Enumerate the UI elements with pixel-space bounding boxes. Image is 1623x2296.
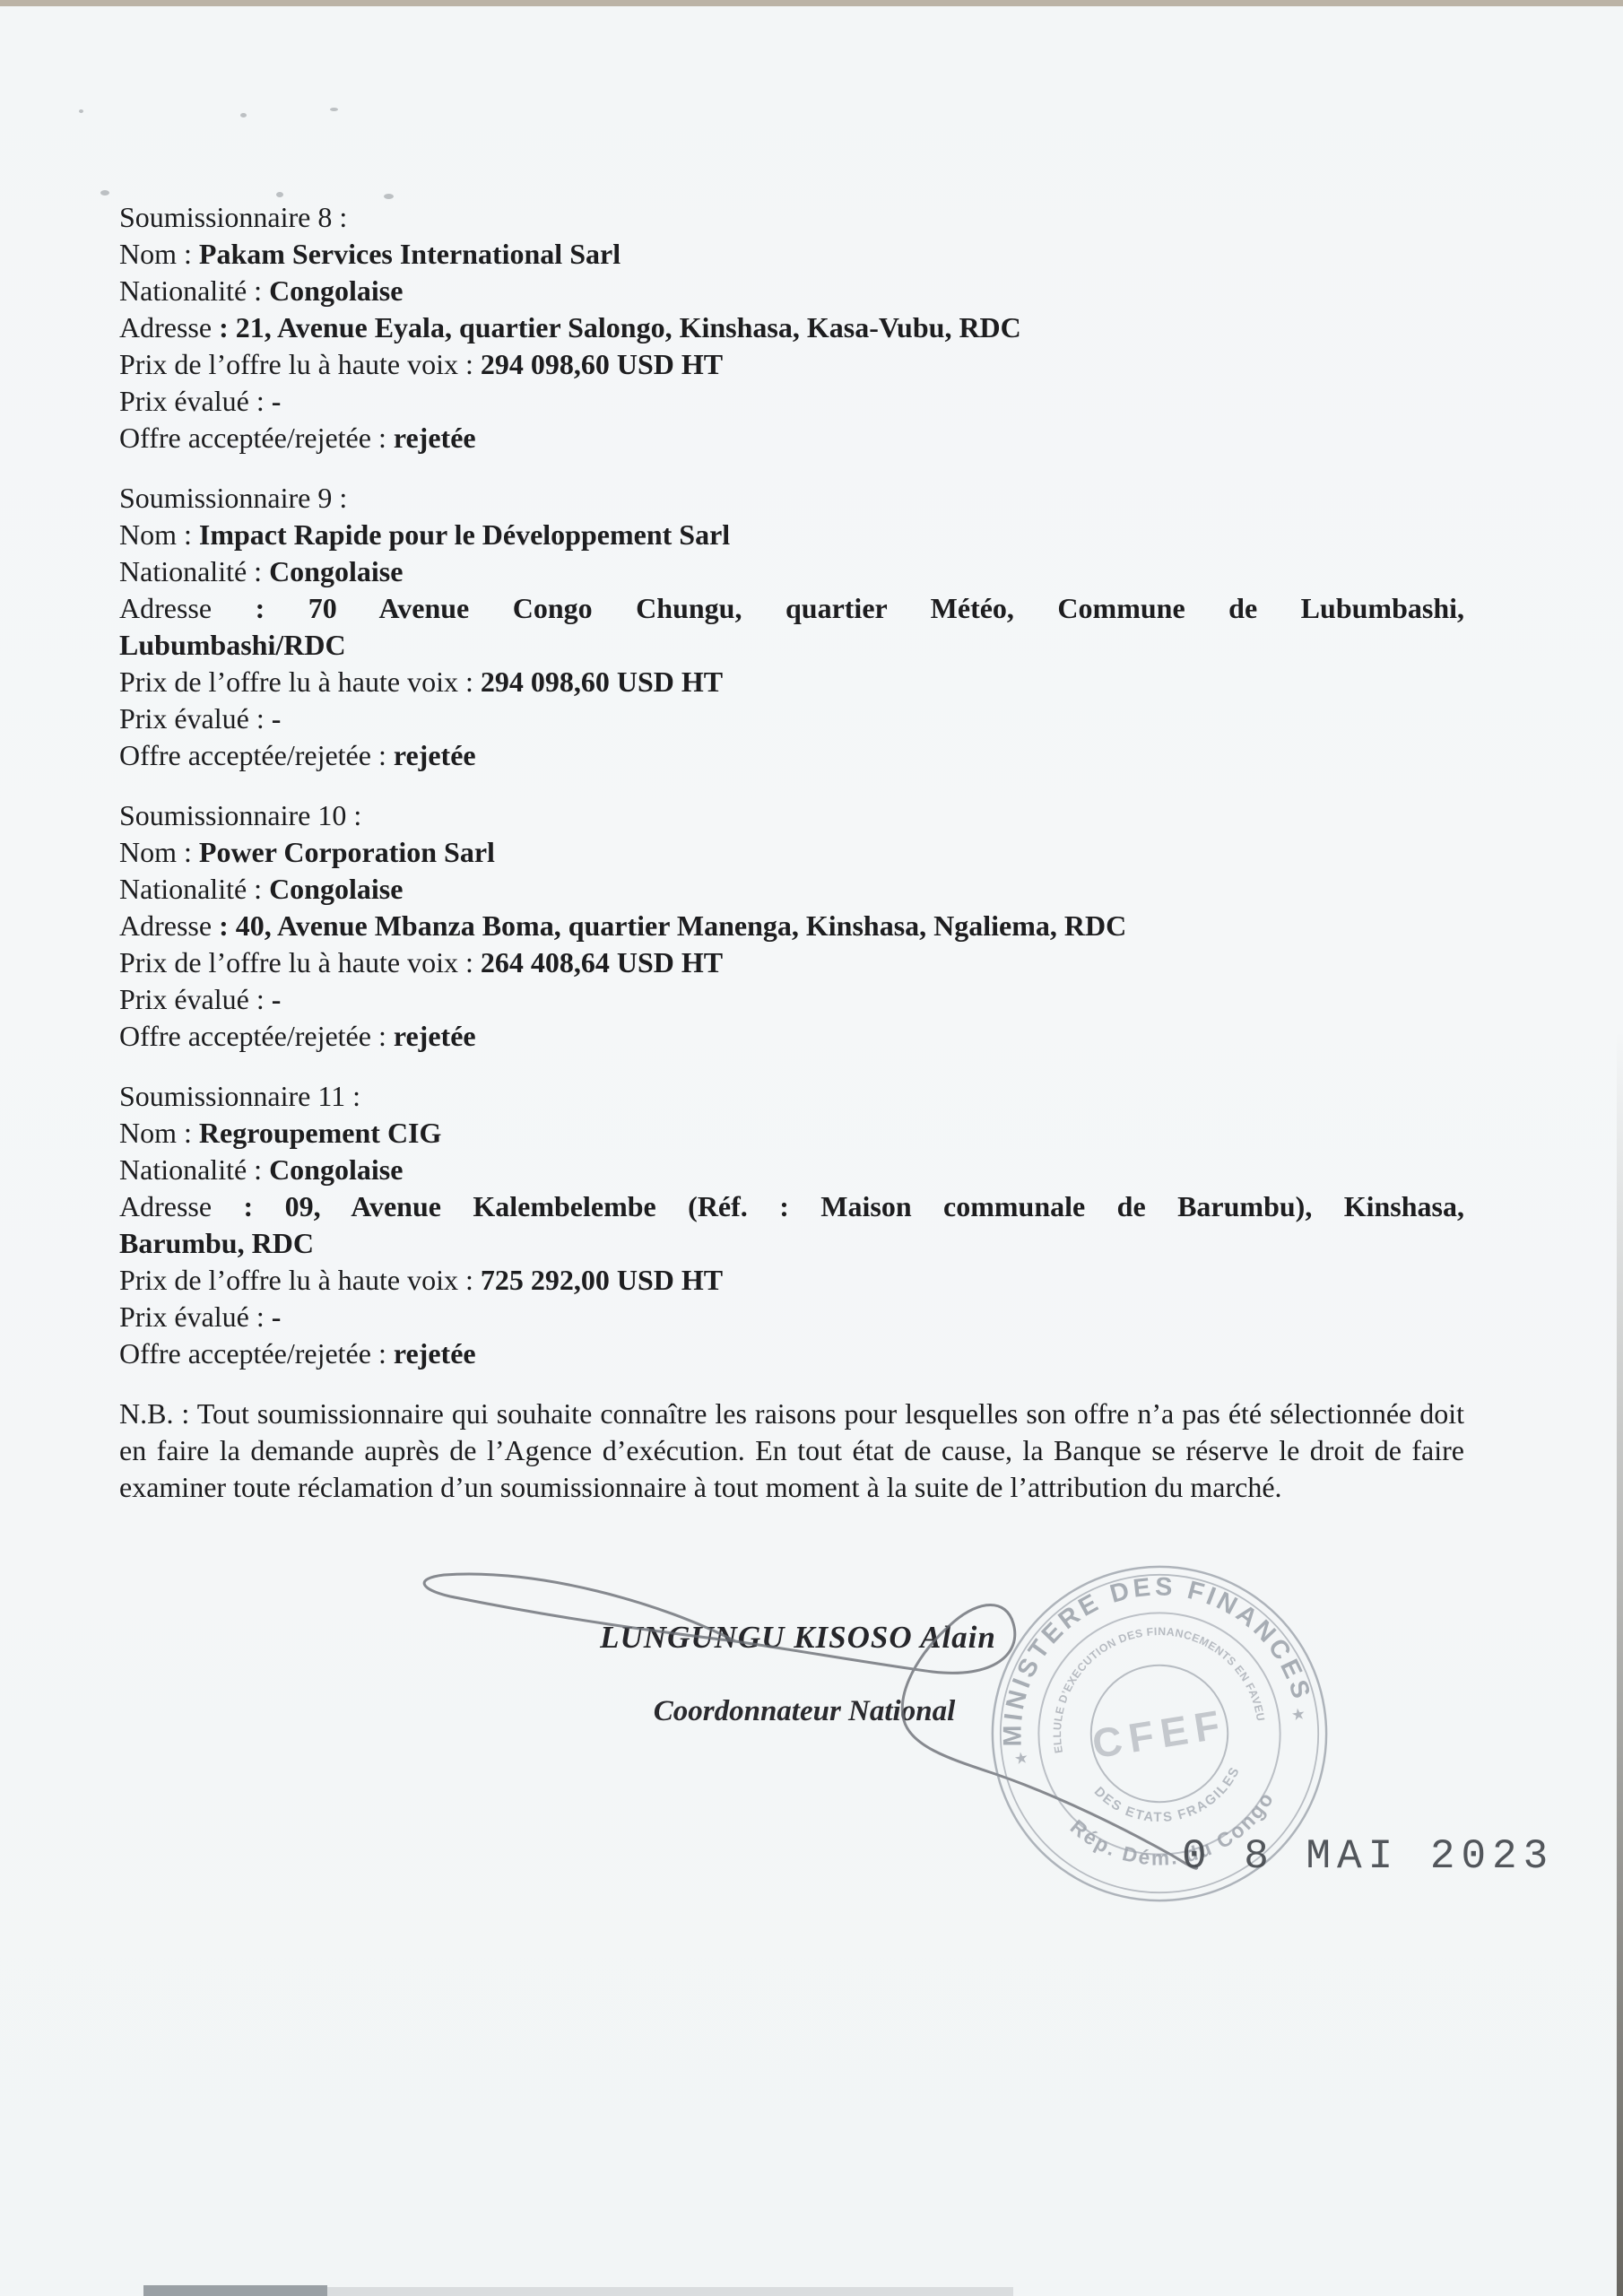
field-label: Offre acceptée/rejetée : — [119, 739, 394, 771]
scanned-document-page: Soumissionnaire 8 :Nom : Pakam Services … — [0, 0, 1623, 2296]
scanner-edge-right — [1617, 1031, 1623, 2296]
scanner-edge-top — [0, 0, 1623, 6]
field-value: 294 098,60 USD HT — [481, 665, 723, 698]
field-label: Prix de l’offre lu à haute voix : — [119, 946, 481, 978]
price-read-line: Prix de l’offre lu à haute voix : 294 09… — [119, 346, 1464, 383]
address-line: Adresse : 70 Avenue Congo Chungu, quarti… — [119, 590, 1464, 627]
field-value: rejetée — [394, 1020, 476, 1052]
field-value: Impact Rapide pour le Développement Sarl — [199, 518, 730, 551]
address-line: Adresse : 09, Avenue Kalembelembe (Réf. … — [119, 1188, 1464, 1225]
field-value: Barumbu, RDC — [119, 1227, 314, 1259]
field-value: 294 098,60 USD HT — [481, 348, 723, 380]
scan-speck — [79, 109, 83, 113]
field-label: Offre acceptée/rejetée : — [119, 422, 394, 454]
field-value: rejetée — [394, 422, 476, 454]
nationality-line: Nationalité : Congolaise — [119, 871, 1464, 908]
field-label: Adresse — [119, 1190, 244, 1222]
stamp-star-left: ★ — [1013, 1748, 1030, 1768]
field-value: Power Corporation Sarl — [199, 836, 495, 868]
field-label: Soumissionnaire 10 : — [119, 799, 361, 831]
stamp-star-right: ★ — [1289, 1704, 1306, 1724]
field-label: Offre acceptée/rejetée : — [119, 1020, 394, 1052]
field-label: Nationalité : — [119, 1153, 269, 1186]
nationality-line: Nationalité : Congolaise — [119, 273, 1464, 309]
field-label: Nom : — [119, 518, 199, 551]
field-label: Soumissionnaire 9 : — [119, 482, 347, 514]
field-label: Prix évalué : — [119, 983, 272, 1015]
bidder-sections: Soumissionnaire 8 :Nom : Pakam Services … — [119, 199, 1464, 1372]
field-value: Congolaise — [269, 873, 403, 905]
field-value: Lubumbashi/RDC — [119, 629, 346, 661]
scan-speck — [240, 113, 247, 117]
offer-status-line: Offre acceptée/rejetée : rejetée — [119, 737, 1464, 774]
nationality-line: Nationalité : Congolaise — [119, 553, 1464, 590]
name-line: Nom : Pakam Services International Sarl — [119, 236, 1464, 273]
section-heading: Soumissionnaire 9 : — [119, 480, 1464, 517]
bidder-section: Soumissionnaire 9 :Nom : Impact Rapide p… — [119, 480, 1464, 774]
field-value: - — [272, 1300, 282, 1333]
field-label: Adresse — [119, 311, 219, 344]
scan-speck — [100, 190, 109, 196]
scanner-edge-bottom-light — [327, 2287, 1013, 2296]
field-label: Nom : — [119, 1117, 199, 1149]
field-label: Prix de l’offre lu à haute voix : — [119, 1264, 481, 1296]
address-line: Adresse : 21, Avenue Eyala, quartier Sal… — [119, 309, 1464, 346]
field-value: 725 292,00 USD HT — [481, 1264, 723, 1296]
field-value: 264 408,64 USD HT — [481, 946, 723, 978]
field-label: Prix de l’offre lu à haute voix : — [119, 348, 481, 380]
offer-status-line: Offre acceptée/rejetée : rejetée — [119, 1018, 1464, 1055]
bidder-section: Soumissionnaire 8 :Nom : Pakam Services … — [119, 199, 1464, 457]
bidder-section: Soumissionnaire 10 :Nom : Power Corporat… — [119, 797, 1464, 1055]
field-value: - — [272, 702, 282, 735]
field-value: : 40, Avenue Mbanza Boma, quartier Manen… — [219, 909, 1126, 942]
field-label: Nationalité : — [119, 873, 269, 905]
price-evaluated-line: Prix évalué : - — [119, 1299, 1464, 1335]
scan-speck — [330, 108, 338, 111]
section-heading: Soumissionnaire 10 : — [119, 797, 1464, 834]
field-value: : 09, Avenue Kalembelembe (Réf. : Maison… — [244, 1190, 1465, 1222]
field-label: Nom : — [119, 238, 199, 270]
stamp-center-text: CFEF — [1089, 1700, 1230, 1767]
field-label: Adresse — [119, 909, 219, 942]
date-stamp: 0 8 MAI 2023 — [1182, 1833, 1554, 1880]
document-body: Soumissionnaire 8 :Nom : Pakam Services … — [119, 199, 1464, 1506]
field-label: Offre acceptée/rejetée : — [119, 1337, 394, 1370]
section-heading: Soumissionnaire 11 : — [119, 1078, 1464, 1115]
field-value: : 70 Avenue Congo Chungu, quartier Météo… — [256, 592, 1464, 624]
offer-status-line: Offre acceptée/rejetée : rejetée — [119, 1335, 1464, 1372]
field-label: Soumissionnaire 11 : — [119, 1080, 360, 1112]
section-heading: Soumissionnaire 8 : — [119, 199, 1464, 236]
signatory-name: LUNGUNGU KISOSO Alain — [600, 1620, 996, 1656]
bidder-section: Soumissionnaire 11 :Nom : Regroupement C… — [119, 1078, 1464, 1372]
field-value: - — [272, 983, 282, 1015]
nationality-line: Nationalité : Congolaise — [119, 1152, 1464, 1188]
field-label: Prix évalué : — [119, 702, 272, 735]
field-label: Nom : — [119, 836, 199, 868]
signatory-title: Coordonnateur National — [654, 1695, 956, 1728]
price-evaluated-line: Prix évalué : - — [119, 981, 1464, 1018]
field-label: Adresse — [119, 592, 256, 624]
field-label: Nationalité : — [119, 274, 269, 307]
field-value: rejetée — [394, 739, 476, 771]
price-read-line: Prix de l’offre lu à haute voix : 264 40… — [119, 944, 1464, 981]
field-label: Prix de l’offre lu à haute voix : — [119, 665, 481, 698]
field-label: Nationalité : — [119, 555, 269, 587]
field-value: : 21, Avenue Eyala, quartier Salongo, Ki… — [219, 311, 1021, 344]
price-evaluated-line: Prix évalué : - — [119, 700, 1464, 737]
address-line-2: Lubumbashi/RDC — [119, 627, 1464, 664]
field-value: Pakam Services International Sarl — [199, 238, 621, 270]
name-line: Nom : Impact Rapide pour le Développemen… — [119, 517, 1464, 553]
field-value: rejetée — [394, 1337, 476, 1370]
field-label: Prix évalué : — [119, 1300, 272, 1333]
name-line: Nom : Regroupement CIG — [119, 1115, 1464, 1152]
address-line-2: Barumbu, RDC — [119, 1225, 1464, 1262]
price-evaluated-line: Prix évalué : - — [119, 383, 1464, 420]
field-value: Congolaise — [269, 1153, 403, 1186]
scan-speck — [276, 192, 283, 197]
field-value: Regroupement CIG — [199, 1117, 442, 1149]
field-value: Congolaise — [269, 274, 403, 307]
offer-status-line: Offre acceptée/rejetée : rejetée — [119, 420, 1464, 457]
name-line: Nom : Power Corporation Sarl — [119, 834, 1464, 871]
price-read-line: Prix de l’offre lu à haute voix : 725 29… — [119, 1262, 1464, 1299]
nb-note: N.B. : Tout soumissionnaire qui souhaite… — [119, 1396, 1464, 1506]
field-value: Congolaise — [269, 555, 403, 587]
field-value: - — [272, 385, 282, 417]
scanner-edge-bottom-dark — [143, 2285, 327, 2296]
field-label: Prix évalué : — [119, 385, 272, 417]
address-line: Adresse : 40, Avenue Mbanza Boma, quarti… — [119, 908, 1464, 944]
field-label: Soumissionnaire 8 : — [119, 201, 347, 233]
price-read-line: Prix de l’offre lu à haute voix : 294 09… — [119, 664, 1464, 700]
